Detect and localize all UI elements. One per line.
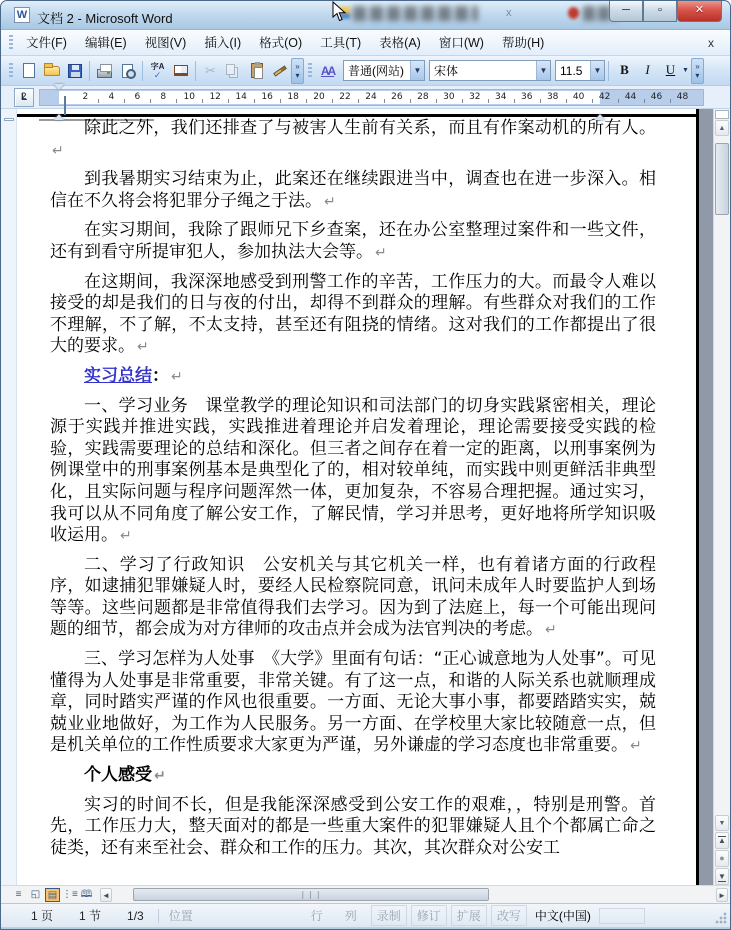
ruler-number: 8: [160, 92, 166, 102]
document-page[interactable]: 除此之外，我们还排查了与被害人生前有关系，而且有作案动机的所有人。↵到我暑期实习…: [17, 109, 699, 885]
menu-format[interactable]: 格式(O): [250, 32, 311, 54]
minimize-button[interactable]: ─: [609, 1, 643, 22]
paragraph: 除此之外，我们还排查了与被害人生前有关系，而且有作案动机的所有人。↵: [50, 118, 656, 162]
paragraph-mark: ↵: [52, 141, 64, 163]
view-buttons: ≡◱▤⋮≡🕮: [1, 888, 94, 902]
normal-view-icon[interactable]: ≡: [11, 888, 26, 902]
hanging-indent-marker[interactable]: [54, 97, 66, 115]
open-icon[interactable]: [40, 59, 63, 82]
status-language[interactable]: 中文(中国): [535, 907, 591, 924]
ruler-number: 18: [287, 92, 298, 102]
status-column: 列: [345, 907, 357, 924]
styles-and-formatting-icon[interactable]: AA: [316, 59, 339, 82]
resize-grip-icon[interactable]: [715, 912, 727, 924]
formatting-toolbar-grip[interactable]: [308, 63, 312, 79]
ruler-number: 26: [391, 92, 402, 102]
ruler-number: 2: [83, 92, 89, 102]
bold-button[interactable]: B: [614, 60, 635, 81]
menubar-grip[interactable]: [9, 35, 13, 51]
paragraph-mark: ↵: [154, 766, 166, 788]
paragraph-mark: ↵: [171, 367, 183, 389]
ruler-number: 22: [339, 92, 350, 102]
word-app-icon: W: [14, 7, 30, 23]
document-text[interactable]: 除此之外，我们还排查了与被害人生前有关系，而且有作案动机的所有人。↵到我暑期实习…: [50, 118, 656, 885]
font-combobox[interactable]: 宋体 ▼: [429, 60, 551, 81]
vertical-scroll-track[interactable]: [715, 136, 729, 815]
horizontal-scroll-track[interactable]: ❘❘❘: [113, 888, 712, 901]
horizontal-scroll-thumb[interactable]: ❘❘❘: [133, 888, 489, 901]
ruler-number: 28: [417, 92, 428, 102]
paragraph: 在这期间，我深深地感受到刑警工作的辛苦，工作压力的大。而最令人难以接受的却是我们…: [50, 272, 656, 359]
style-combobox[interactable]: 普通(网站) ▼: [343, 60, 425, 81]
split-handle[interactable]: [715, 110, 729, 119]
web-layout-view-icon[interactable]: ◱: [28, 888, 43, 902]
underline-button[interactable]: U: [660, 60, 681, 81]
paragraph: 个人感受↵: [50, 765, 656, 788]
ruler-number: 38: [547, 92, 558, 102]
vertical-margin-marker[interactable]: [4, 118, 14, 121]
new-document-icon[interactable]: [17, 59, 40, 82]
status-position: 位置: [169, 907, 193, 924]
ruler-number: 6: [134, 92, 140, 102]
font-size-dropdown-icon[interactable]: ▼: [590, 61, 604, 80]
font-value: 宋体: [434, 62, 458, 79]
style-dropdown-icon[interactable]: ▼: [410, 61, 424, 80]
font-size-combobox[interactable]: 11.5 ▼: [555, 60, 605, 81]
toolbar: 字A✓✂ »▾ AA 普通(网站) ▼ 宋体 ▼ 11.5 ▼ B I U ▼ …: [1, 56, 730, 86]
ruler-number: 24: [365, 92, 376, 102]
menu-help[interactable]: 帮助(H): [493, 32, 553, 54]
italic-button[interactable]: I: [637, 60, 658, 81]
cut-icon[interactable]: ✂: [199, 59, 222, 82]
paragraph: 实习总结：↵: [50, 366, 656, 389]
underline-dropdown-icon[interactable]: ▼: [682, 67, 689, 74]
ruler-number: 30: [443, 92, 454, 102]
print-icon[interactable]: [93, 59, 116, 82]
research-icon[interactable]: [169, 59, 192, 82]
horizontal-scrollbar-row: ≡◱▤⋮≡🕮 ◄ ❘❘❘ ►: [1, 885, 730, 903]
style-value: 普通(网站): [348, 62, 404, 79]
paragraph-mark: ↵: [324, 192, 336, 214]
menu-items: 文件(F)编辑(E)视图(V)插入(I)格式(O)工具(T)表格(A)窗口(W)…: [17, 33, 553, 52]
ruler-number: 32: [469, 92, 480, 102]
paragraph: 在实习期间，我除了跟师兄下乡查案，还在办公室整理过案件和一些文件，还有到看守所提…: [50, 220, 656, 264]
menu-insert[interactable]: 插入(I): [195, 32, 250, 54]
vertical-ruler[interactable]: [1, 109, 17, 885]
menu-file[interactable]: 文件(F): [17, 32, 76, 54]
ruler-number: 20: [313, 92, 324, 102]
ruler-row: L 2 246810121416182022242628303234363840…: [1, 86, 730, 109]
mouse-cursor: [332, 1, 347, 27]
maximize-button[interactable]: ▫: [643, 1, 677, 22]
save-icon[interactable]: [63, 59, 86, 82]
menu-bar: 文件(F)编辑(E)视图(V)插入(I)格式(O)工具(T)表格(A)窗口(W)…: [1, 30, 730, 56]
scroll-left-icon[interactable]: ◄: [100, 888, 112, 902]
menu-window[interactable]: 窗口(W): [430, 32, 493, 54]
print-layout-view-icon[interactable]: ▤: [45, 888, 60, 902]
ruler-number: 48: [677, 92, 688, 102]
paragraph: 三、学习怎样为人处事 《大学》里面有句话：“正心诚意地为人处事”。可见懂得为人处…: [50, 649, 656, 758]
menubar-close-icon[interactable]: x: [702, 34, 720, 52]
status-page: 1 页: [31, 907, 53, 924]
scroll-up-icon[interactable]: ▲: [715, 120, 729, 136]
ruler-left-margin-number: 2: [21, 92, 27, 102]
paragraph-mark: ↵: [120, 526, 132, 548]
ruler-number: 16: [261, 92, 272, 102]
status-section: 1 节: [79, 907, 101, 924]
status-toggle-修订[interactable]: 修订: [411, 905, 447, 926]
ruler-number: 14: [235, 92, 246, 102]
paragraph: 实习的时间不长，但是我能深深感受到公安工作的艰难，，特别是刑警。首先，工作压力大…: [50, 795, 656, 860]
vertical-scrollbar[interactable]: ▲ ▼ ▲ ● ▼: [713, 109, 730, 885]
font-size-value: 11.5: [560, 64, 582, 78]
scroll-right-icon[interactable]: ►: [716, 888, 728, 902]
previous-page-icon[interactable]: ▲: [715, 832, 729, 849]
status-line: 行: [311, 907, 323, 924]
reading-layout-view-icon[interactable]: 🕮: [79, 888, 94, 902]
paragraph-mark: ↵: [545, 620, 557, 642]
status-toggle-扩展[interactable]: 扩展: [451, 905, 487, 926]
paragraph: 二、学习了行政知识 公安机关与其它机关一样，也有着诸方面的行政程序，如逮捕犯罪嫌…: [50, 555, 656, 642]
blurred-tab-1: [353, 6, 478, 21]
right-indent-marker[interactable]: [595, 97, 605, 115]
close-button[interactable]: ✕: [677, 1, 722, 22]
paragraph: 到我暑期实习结束为止，此案还在继续跟进当中，调查也在进一步深入。相信在不久将会将…: [50, 169, 656, 213]
font-dropdown-icon[interactable]: ▼: [536, 61, 550, 80]
status-spare-cell: [599, 908, 645, 924]
status-page-of-total: 1/3: [127, 909, 144, 923]
paragraph: 一、学习业务 课堂教学的理论知识和司法部门的切身实践紧密相关，理论源于实践并推进…: [50, 396, 656, 548]
horizontal-ruler[interactable]: 2 24681012141618202224262830323436384042…: [39, 89, 704, 106]
ruler-number: 46: [651, 92, 662, 102]
outline-view-icon[interactable]: ⋮≡: [62, 888, 77, 902]
select-browse-object-icon[interactable]: ●: [715, 850, 729, 867]
print-preview-icon[interactable]: [116, 59, 139, 82]
word-window: W 文档 2 - Microsoft Word x ─ ▫ ✕ 文件(F)编辑(…: [0, 0, 731, 930]
menu-view[interactable]: 视图(V): [136, 32, 196, 54]
vertical-scroll-thumb[interactable]: [715, 143, 729, 215]
ruler-number: 10: [184, 92, 195, 102]
status-bar: 1 页 1 节 1/3 位置 行 列 录制修订扩展改写 中文(中国): [1, 903, 730, 927]
ruler-number: 36: [521, 92, 532, 102]
status-toggle-改写[interactable]: 改写: [491, 905, 527, 926]
formatting-toolbar-options-icon[interactable]: »▾: [691, 58, 704, 84]
paste-icon[interactable]: [245, 59, 268, 82]
menu-tools[interactable]: 工具(T): [311, 32, 370, 54]
ruler-number: 12: [209, 92, 220, 102]
menu-table[interactable]: 表格(A): [370, 32, 430, 54]
ruler-number: 4: [108, 92, 114, 102]
blurred-tab-close-icon: x: [506, 7, 512, 19]
toolbar-options-icon[interactable]: »▾: [291, 58, 304, 84]
blurred-tab-icon-2: [568, 7, 579, 19]
paragraph-mark: ↵: [375, 243, 387, 265]
standard-toolbar-grip[interactable]: [9, 63, 13, 79]
paragraph-mark: ↵: [630, 736, 642, 758]
title-bar: W 文档 2 - Microsoft Word x ─ ▫ ✕: [1, 1, 730, 30]
ruler-number: 44: [625, 92, 636, 102]
spelling-grammar-icon[interactable]: 字A✓: [146, 59, 169, 82]
ruler-number: 40: [573, 92, 584, 102]
next-page-icon[interactable]: ▼: [715, 868, 729, 885]
ruler-number: 34: [495, 92, 506, 102]
page-margin-backdrop: [699, 109, 713, 885]
window-title: 文档 2 - Microsoft Word: [37, 8, 173, 27]
document-area: 除此之外，我们还排查了与被害人生前有关系，而且有作案动机的所有人。↵到我暑期实习…: [1, 109, 730, 885]
scroll-down-icon[interactable]: ▼: [715, 815, 729, 831]
paragraph-mark: ↵: [137, 337, 149, 359]
format-painter-icon[interactable]: [268, 59, 291, 82]
status-toggle-录制[interactable]: 录制: [371, 905, 407, 926]
copy-icon[interactable]: [222, 59, 245, 82]
menu-edit[interactable]: 编辑(E): [76, 32, 136, 54]
